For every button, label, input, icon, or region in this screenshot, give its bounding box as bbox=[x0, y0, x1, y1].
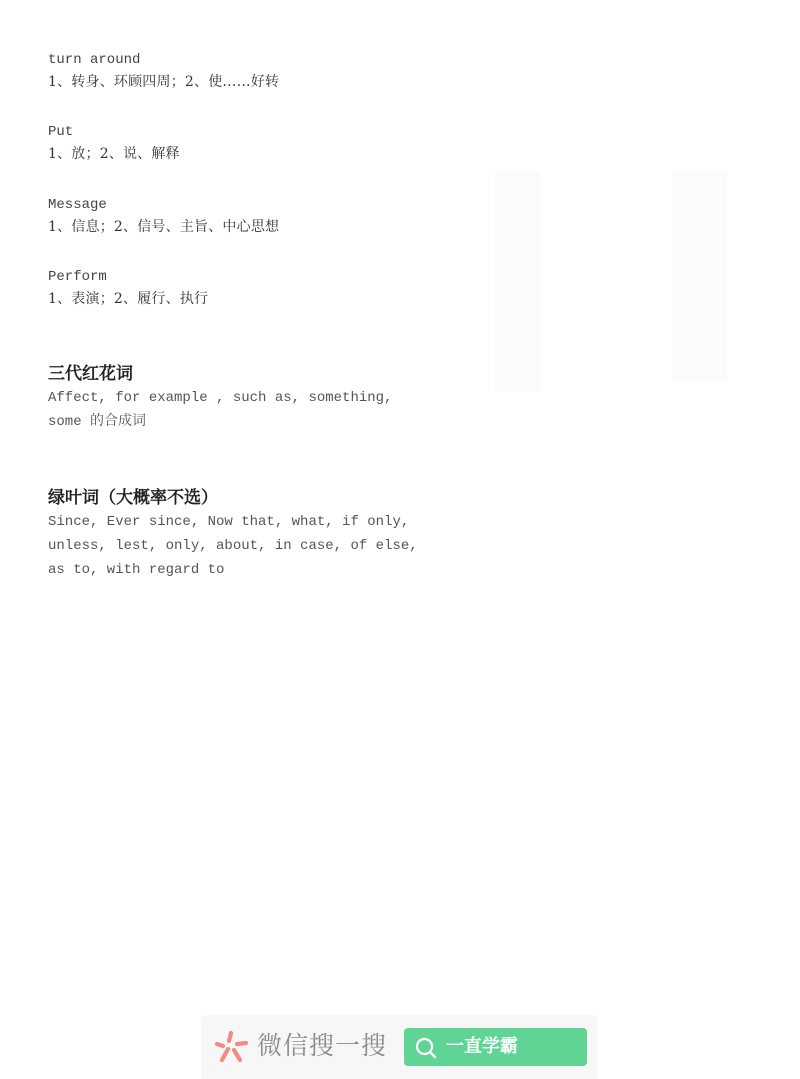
brand-text: 微信搜一搜 bbox=[257, 1028, 387, 1064]
vocab-term: Put bbox=[48, 122, 408, 142]
vocab-entry-perform: Perform 1、表演；2、履行、执行 bbox=[48, 267, 408, 311]
section-title: 绿叶词（大概率不选） bbox=[48, 486, 408, 510]
section-green-leaf-words: 绿叶词（大概率不选） Since, Ever since, Now that, … bbox=[48, 486, 408, 582]
section-line: unless, lest, only, about, in case, of e… bbox=[48, 534, 408, 558]
vocab-entry-put: Put 1、放；2、说、解释 bbox=[48, 122, 408, 166]
search-button-label: 一直学霸 bbox=[446, 1028, 518, 1066]
vocab-entry-turn-around: turn around 1、转身、环顾四周；2、使……好转 bbox=[48, 50, 408, 94]
search-icon bbox=[414, 1036, 438, 1060]
section-line: some 的合成词 bbox=[48, 410, 408, 434]
section-line: Affect, for example , such as, something… bbox=[48, 386, 408, 410]
vocab-term: turn around bbox=[48, 50, 408, 70]
vocab-meaning: 1、表演；2、履行、执行 bbox=[48, 287, 408, 311]
vocab-meaning: 1、放；2、说、解释 bbox=[48, 142, 408, 166]
search-button[interactable]: 一直学霸 bbox=[404, 1028, 587, 1066]
vocab-term: Perform bbox=[48, 267, 408, 287]
wechat-search-bar: 微信搜一搜 一直学霸 bbox=[201, 1015, 598, 1079]
section-red-flower-words: 三代红花词 Affect, for example , such as, som… bbox=[48, 362, 408, 434]
vocab-meaning: 1、转身、环顾四周；2、使……好转 bbox=[48, 70, 408, 94]
section-line: Since, Ever since, Now that, what, if on… bbox=[48, 510, 408, 534]
scan-artifact bbox=[495, 172, 540, 392]
vocab-term: Message bbox=[48, 195, 408, 215]
section-title: 三代红花词 bbox=[48, 362, 408, 386]
section-line: as to, with regard to bbox=[48, 558, 408, 582]
vocab-entry-message: Message 1、信息；2、信号、主旨、中心思想 bbox=[48, 195, 408, 239]
scan-artifact bbox=[672, 172, 727, 382]
wechat-search-logo-icon bbox=[213, 1029, 249, 1065]
vocab-meaning: 1、信息；2、信号、主旨、中心思想 bbox=[48, 215, 408, 239]
